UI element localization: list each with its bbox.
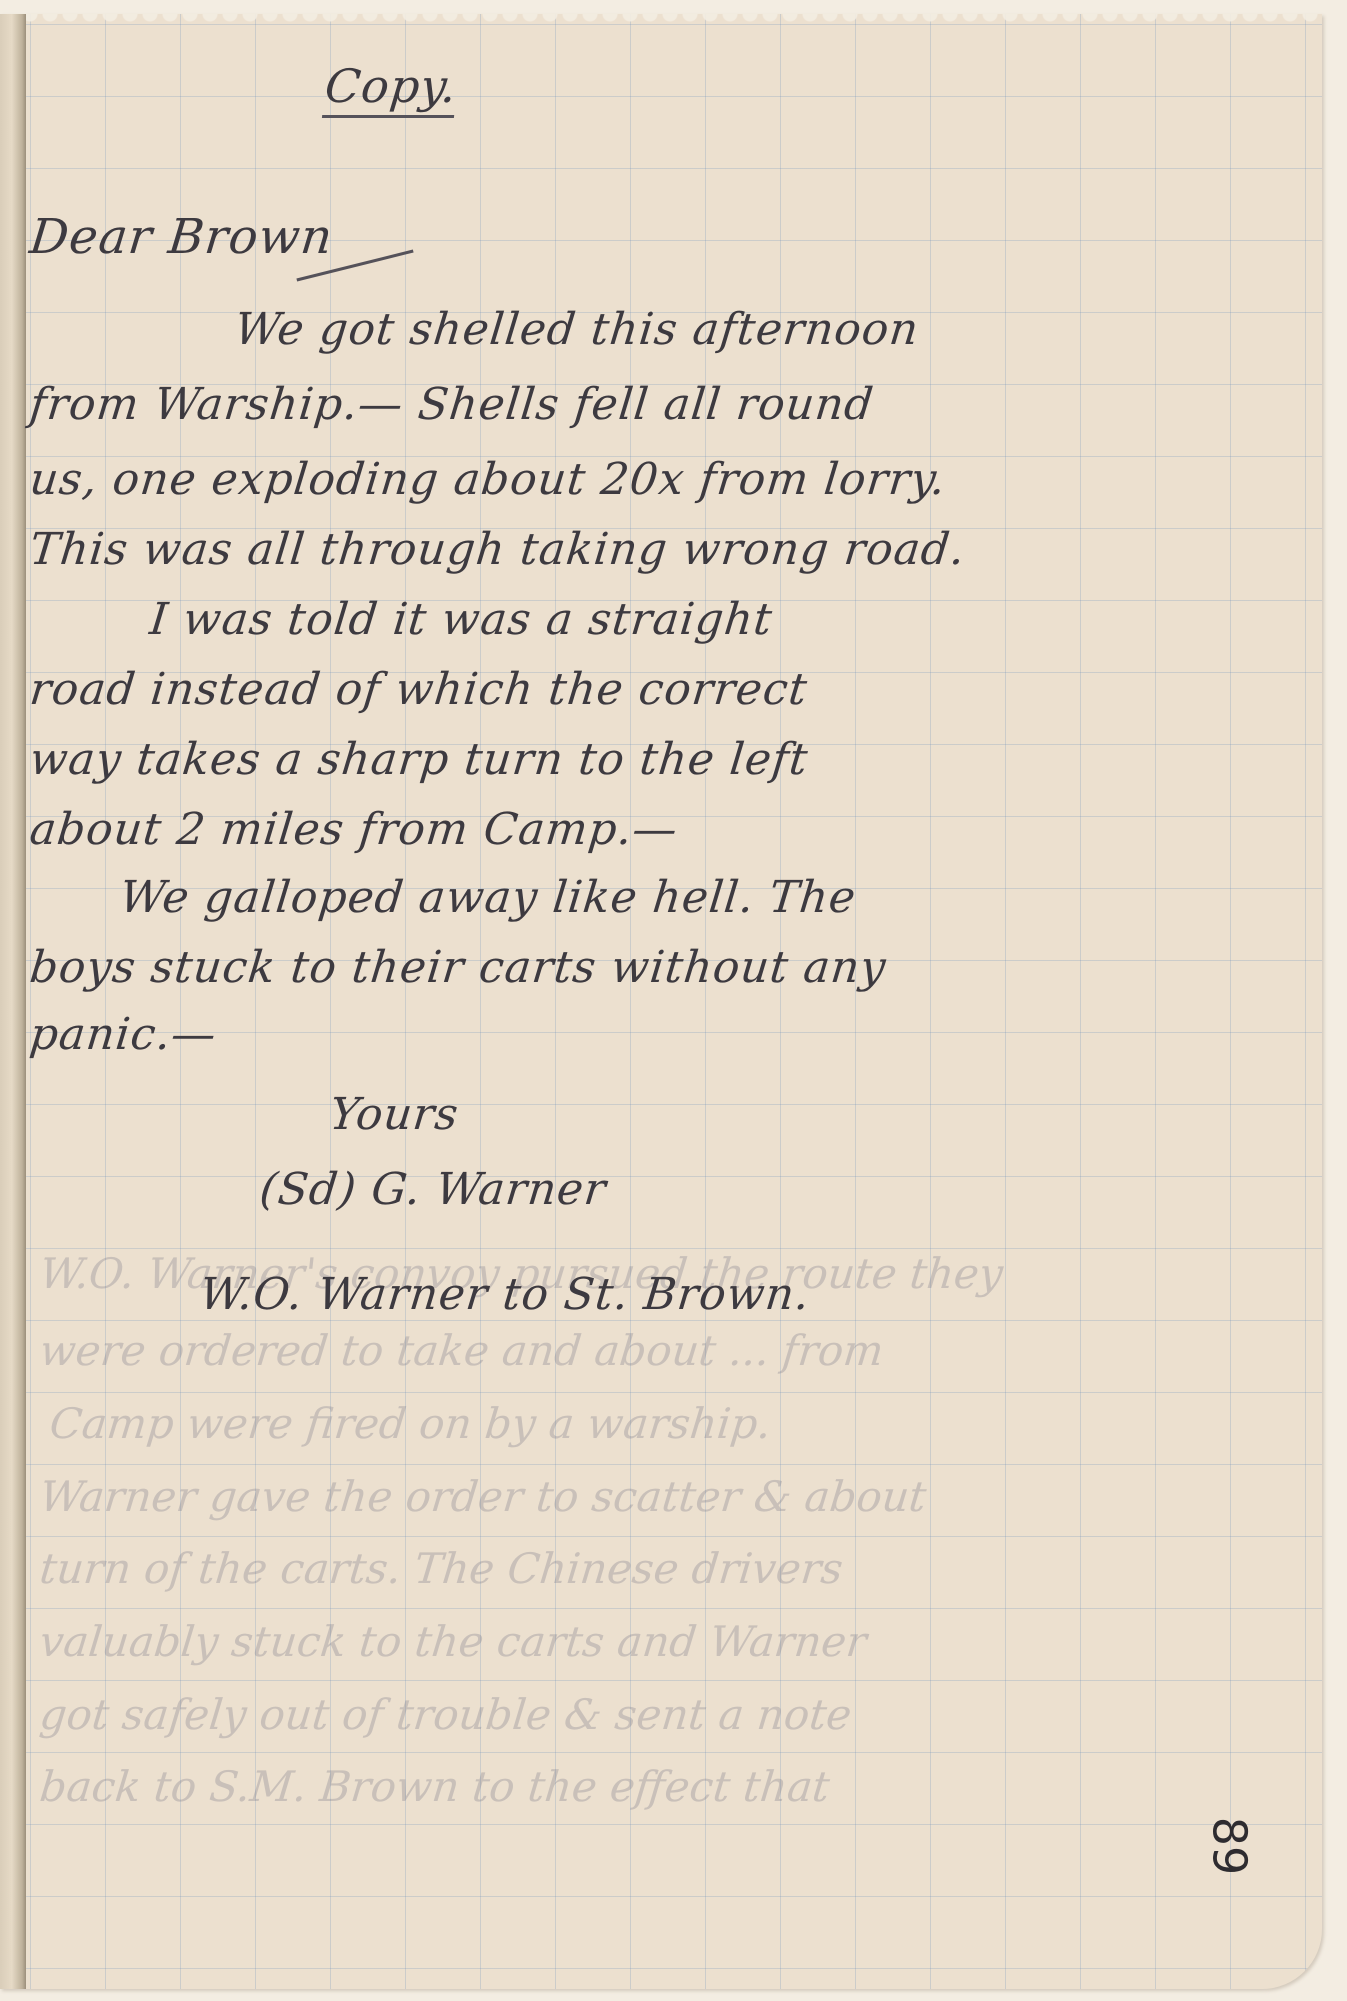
bleed-through-line: valuably stuck to the carts and Warner: [37, 1617, 869, 1666]
bleed-through-line: Camp were fired on by a warship.: [47, 1399, 773, 1448]
page-number: 89: [1202, 1817, 1256, 1876]
body-line: us, one exploding about 20x from lorry.: [27, 454, 948, 505]
closing: Yours: [327, 1089, 461, 1140]
body-line: I was told it was a straight: [147, 594, 775, 645]
bleed-through-line: turn of the carts. The Chinese drivers: [37, 1544, 845, 1593]
body-line: road instead of which the correct: [27, 664, 810, 715]
body-line: This was all through taking wrong road.: [27, 524, 968, 575]
body-line: boys stuck to their carts without any: [27, 942, 888, 993]
body-line: We galloped away like hell. The: [117, 872, 858, 923]
perforated-top-edge: [0, 14, 1322, 34]
body-line: from Warship.— Shells fell all round: [27, 379, 876, 430]
bleed-through-line: back to S.M. Brown to the effect that: [37, 1762, 832, 1811]
body-line: about 2 miles from Camp.—: [27, 804, 680, 855]
bleed-through-line: got safely out of trouble & sent a note: [37, 1690, 854, 1739]
bleed-through-line: were ordered to take and about ... from: [37, 1326, 886, 1375]
notebook-page: W.O. Warner's convoy pursued the route t…: [0, 14, 1322, 1989]
bleed-through-line: Warner gave the order to scatter & about: [37, 1472, 928, 1521]
binding-fold: [0, 14, 26, 1989]
body-line: panic.—: [27, 1009, 219, 1060]
signature: (Sd) G. Warner: [257, 1164, 609, 1215]
heading-copy: Copy.: [322, 59, 460, 118]
salutation: Dear Brown: [27, 209, 336, 265]
body-line: way takes a sharp turn to the left: [27, 734, 811, 785]
body-line: We got shelled this afternoon: [232, 304, 921, 355]
caption: W.O. Warner to St. Brown.: [197, 1269, 812, 1320]
